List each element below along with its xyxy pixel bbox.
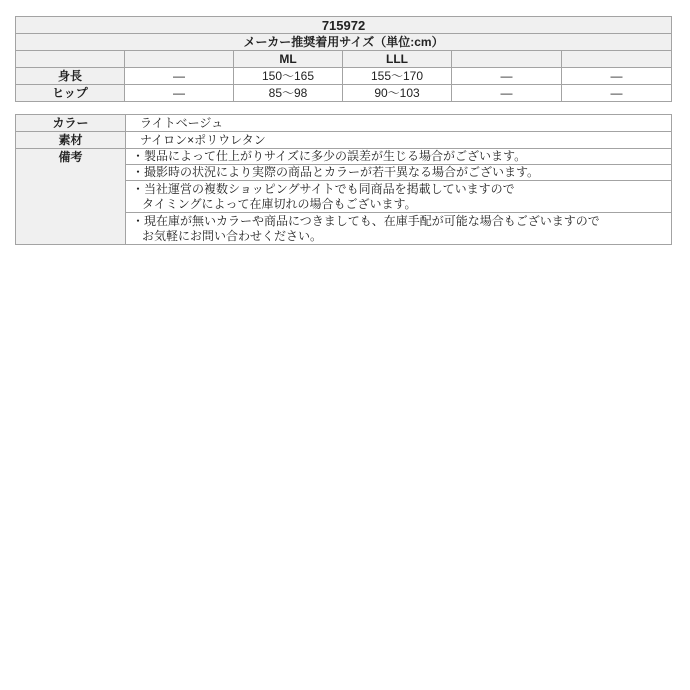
- size-col-header-1: [125, 51, 234, 68]
- color-label: カラー: [16, 115, 126, 132]
- size-table-title-row: メーカー推奨着用サイズ（単位:cm）: [16, 34, 672, 51]
- height-row: 身長 — 150～165 155～170 — —: [16, 68, 672, 85]
- color-value: ライトベージュ: [126, 115, 672, 132]
- height-value-1: 150～165: [234, 68, 343, 85]
- product-spec-page: 715972 メーカー推奨着用サイズ（単位:cm） ML LLL 身長 — 15…: [0, 0, 690, 690]
- height-value-4: —: [562, 68, 672, 85]
- size-col-header-2: ML: [234, 51, 343, 68]
- size-col-header-4: [452, 51, 562, 68]
- hip-value-2: 90～103: [343, 85, 452, 102]
- size-column-header-row: ML LLL: [16, 51, 672, 68]
- remarks-label: 備考: [16, 149, 126, 245]
- remark-line: ・撮影時の状況により実際の商品とカラーが若干異なる場合がございます。: [132, 165, 667, 180]
- product-code: 715972: [16, 17, 672, 34]
- size-col-header-3: LLL: [343, 51, 452, 68]
- remark-item-2: ・当社運営の複数ショッピングサイトでも同商品を掲載していますので タイミングによ…: [126, 181, 672, 213]
- hip-value-3: —: [452, 85, 562, 102]
- remark-line: ・現在庫が無いカラーや商品につきましても、在庫手配が可能な場合もございますので: [132, 214, 667, 229]
- remark-line-cont: タイミングによって在庫切れの場合もございます。: [132, 197, 667, 212]
- size-table: 715972 メーカー推奨着用サイズ（単位:cm） ML LLL 身長 — 15…: [15, 16, 672, 102]
- remark-item-3: ・現在庫が無いカラーや商品につきましても、在庫手配が可能な場合もございますので …: [126, 213, 672, 245]
- detail-table: カラー ライトベージュ 素材 ナイロン×ポリウレタン 備考 ・製品によって仕上が…: [15, 114, 672, 245]
- height-row-label: 身長: [16, 68, 125, 85]
- material-row: 素材 ナイロン×ポリウレタン: [16, 132, 672, 149]
- hip-row: ヒップ — 85～98 90～103 — —: [16, 85, 672, 102]
- material-label: 素材: [16, 132, 126, 149]
- hip-row-label: ヒップ: [16, 85, 125, 102]
- remark-item-0: ・製品によって仕上がりサイズに多少の誤差が生じる場合がございます。: [126, 149, 672, 165]
- size-table-title: メーカー推奨着用サイズ（単位:cm）: [16, 34, 672, 51]
- size-col-header-5: [562, 51, 672, 68]
- height-value-2: 155～170: [343, 68, 452, 85]
- size-col-header-0: [16, 51, 125, 68]
- hip-value-0: —: [125, 85, 234, 102]
- material-value: ナイロン×ポリウレタン: [126, 132, 672, 149]
- color-row: カラー ライトベージュ: [16, 115, 672, 132]
- remarks-row-0: 備考 ・製品によって仕上がりサイズに多少の誤差が生じる場合がございます。: [16, 149, 672, 165]
- remark-item-1: ・撮影時の状況により実際の商品とカラーが若干異なる場合がございます。: [126, 165, 672, 181]
- hip-value-1: 85～98: [234, 85, 343, 102]
- remark-line-cont: お気軽にお問い合わせください。: [132, 229, 667, 244]
- hip-value-4: —: [562, 85, 672, 102]
- remark-line: ・製品によって仕上がりサイズに多少の誤差が生じる場合がございます。: [132, 149, 667, 164]
- height-value-0: —: [125, 68, 234, 85]
- product-code-row: 715972: [16, 17, 672, 34]
- remark-line: ・当社運営の複数ショッピングサイトでも同商品を掲載していますので: [132, 182, 667, 197]
- height-value-3: —: [452, 68, 562, 85]
